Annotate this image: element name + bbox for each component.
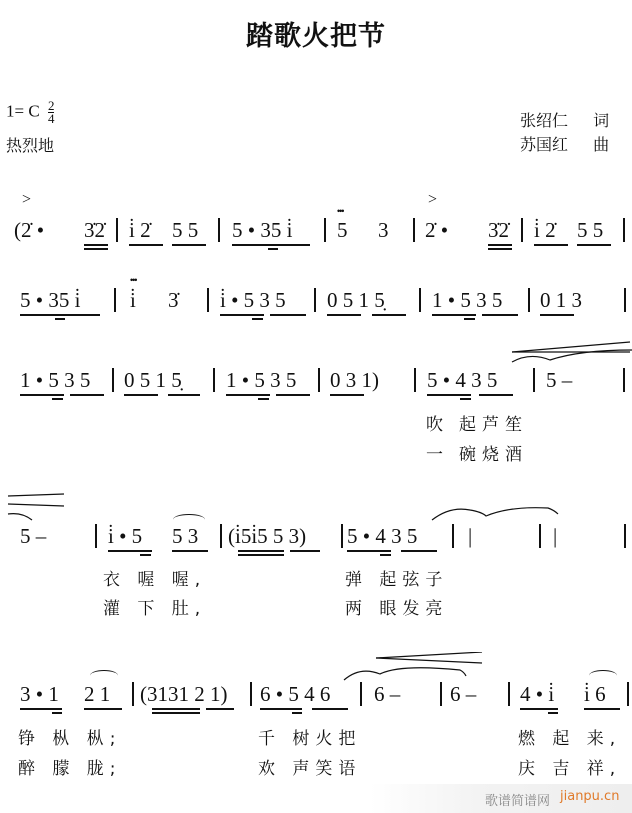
- lyric-verse1: 吹起芦笙: [426, 410, 528, 435]
- note-group: |: [468, 524, 472, 548]
- barline: [213, 368, 215, 392]
- lyric-verse1: 千 树火把: [258, 724, 361, 749]
- barline: [116, 218, 118, 242]
- note-group: 5 • 4 3 5: [347, 524, 417, 548]
- underline: [577, 244, 611, 246]
- lyric-verse2: 两 眼发亮: [345, 594, 448, 619]
- underline: [172, 244, 206, 246]
- watermark: 歌谱简谱网 jianpu.cn: [370, 784, 632, 813]
- composer-name: 苏国红: [520, 135, 568, 154]
- note-group: i̇ • 5 3 5: [220, 288, 286, 312]
- underline: [84, 248, 108, 250]
- score-line-2: 5 • 35 i̇ ••• i̇ 3̇ i̇ • 5 3 5 0 5 1 5̣ …: [0, 288, 632, 328]
- barline: [132, 682, 134, 706]
- barline: [314, 288, 316, 312]
- barline: [413, 218, 415, 242]
- accent-mark: >: [22, 191, 31, 209]
- barline: [414, 368, 416, 392]
- lyric-verse1: 衣 喔 喔,: [103, 565, 206, 590]
- note: i̇: [130, 288, 136, 312]
- note: 5: [337, 218, 348, 242]
- underline: [84, 708, 122, 710]
- barline: [360, 682, 362, 706]
- underline: [152, 712, 200, 714]
- barline: [341, 524, 343, 548]
- lyricist-name: 张绍仁: [520, 111, 568, 130]
- lyricist-credit: 张绍仁 词: [520, 108, 609, 131]
- note-group: 0 1 3: [540, 288, 582, 312]
- barline: [521, 218, 523, 242]
- score-line-5: 3 • 1 2 1 (3131 2 1) 6 • 5 4 6 6 – 6 – 4…: [0, 682, 632, 722]
- underline: [55, 318, 65, 320]
- note-group: (3131 2 1): [140, 682, 228, 706]
- underline: [124, 394, 158, 396]
- note-group: 5 • 35 i̇: [20, 288, 80, 312]
- underline: [276, 394, 310, 396]
- underline: [260, 708, 302, 710]
- note-group: 3 • 1: [20, 682, 59, 706]
- note-group: 5 • 35 i̇: [232, 218, 292, 242]
- underline: [540, 314, 574, 316]
- underline: [220, 314, 264, 316]
- lyricist-role: 词: [593, 111, 609, 130]
- score-line-1: > (2̇ • 3̇2̇ i̇ 2̇ 5 5 5 • 35 i̇ ••• 5 3…: [0, 218, 632, 258]
- underline: [20, 314, 100, 316]
- barline: [95, 524, 97, 548]
- underline: [226, 394, 270, 396]
- barline: [112, 368, 114, 392]
- barline: [250, 682, 252, 706]
- underline: [20, 394, 64, 396]
- note-group: 5 5: [577, 218, 603, 242]
- barline: [114, 288, 116, 312]
- underline: [238, 554, 284, 556]
- underline: [548, 712, 558, 714]
- slur: [589, 670, 617, 681]
- lyric-verse2: 灌 下 肚,: [103, 594, 206, 619]
- note-group: 5 3: [172, 524, 198, 548]
- underline: [432, 314, 476, 316]
- underline: [482, 314, 518, 316]
- barline: [324, 218, 326, 242]
- lyric-verse2: 醉 朦 胧;: [18, 754, 122, 779]
- note-group: 0 5 1 5̣: [124, 368, 182, 392]
- slur: [90, 670, 118, 681]
- underline: [84, 244, 108, 246]
- time-signature: 2 4: [48, 100, 55, 125]
- note-group: (i̇5i̇5 5 3): [228, 524, 306, 548]
- underline: [427, 394, 471, 396]
- key-label: 1= C: [6, 101, 40, 120]
- accent-mark: >: [428, 191, 437, 209]
- note-group: 0 5 1 5̣: [327, 288, 385, 312]
- underline: [292, 712, 302, 714]
- note-group: 1 • 5 3 5: [226, 368, 296, 392]
- underline: [401, 550, 437, 552]
- note-group: (2̇ •: [14, 218, 44, 242]
- composer-credit: 苏国红 曲: [520, 132, 609, 155]
- note-group: 5 –: [546, 368, 572, 392]
- note-group: 6 • 5 4 6: [260, 682, 330, 706]
- underline: [290, 550, 320, 552]
- underline: [270, 314, 306, 316]
- barline: [533, 368, 535, 392]
- note-group: 4 • i̇: [520, 682, 554, 706]
- note-group: 5 • 4 3 5: [427, 368, 497, 392]
- note-group: i̇ 2̇: [129, 218, 151, 242]
- underline: [312, 708, 348, 710]
- watermark-url[interactable]: jianpu.cn: [560, 789, 619, 804]
- underline: [129, 244, 163, 246]
- underline: [488, 248, 512, 250]
- note-group: 6 –: [374, 682, 400, 706]
- tempo-marking: 热烈地: [6, 133, 54, 156]
- lyric-verse1: 弹 起弦子: [345, 565, 448, 590]
- barline: [623, 218, 625, 242]
- barline: [508, 682, 510, 706]
- underline: [168, 394, 200, 396]
- underline: [268, 248, 278, 250]
- note-group: 2̇ •: [425, 218, 448, 242]
- underline: [52, 712, 62, 714]
- underline: [140, 554, 151, 556]
- lyric-verse2: 庆 吉 祥,: [518, 754, 621, 779]
- underline: [206, 708, 234, 710]
- note-group: i̇ 6: [584, 682, 606, 706]
- underline: [347, 550, 391, 552]
- score-line-3: 1 • 5 3 5 0 5 1 5̣ 1 • 5 3 5 0 3 1) 5 • …: [0, 368, 632, 408]
- underline: [584, 708, 620, 710]
- composer-role: 曲: [593, 135, 609, 154]
- underline: [488, 244, 512, 246]
- underline: [152, 708, 200, 710]
- barline: [218, 218, 220, 242]
- note-group: 1 • 5 3 5: [20, 368, 90, 392]
- underline: [108, 550, 152, 552]
- barline: [528, 288, 530, 312]
- crescendo-hairpin: [340, 652, 500, 682]
- underline: [20, 708, 62, 710]
- barline: [539, 524, 541, 548]
- tie: [430, 502, 560, 522]
- underline: [534, 244, 568, 246]
- note-group: 0 3 1): [330, 368, 379, 392]
- note-group: 5 5: [172, 218, 198, 242]
- underline: [238, 550, 284, 552]
- score-line-4: 5 – i̇ • 5 5 3 (i̇5i̇5 5 3) 5 • 4 3 5 | …: [0, 524, 632, 564]
- trill-mark: •••: [337, 206, 343, 216]
- note-group: 3̇2̇: [488, 218, 509, 242]
- crescendo-hairpin: [510, 340, 632, 370]
- underline: [330, 394, 364, 396]
- score-title: 踏歌火把节: [0, 14, 632, 53]
- barline: [207, 288, 209, 312]
- note-group: 5 –: [20, 524, 46, 548]
- note-group: 2 1: [84, 682, 110, 706]
- underline: [372, 314, 406, 316]
- lyric-verse2: 一碗烧酒: [426, 440, 528, 465]
- lyric-verse1: 铮 枞 枞;: [18, 724, 122, 749]
- note-group: i̇ • 5: [108, 524, 142, 548]
- underline: [172, 550, 208, 552]
- note: 3̇: [168, 288, 179, 312]
- barline: [419, 288, 421, 312]
- underline: [460, 398, 471, 400]
- note-group: i̇ 2̇: [534, 218, 556, 242]
- barline: [220, 524, 222, 548]
- barline: [623, 368, 625, 392]
- note-group: 6 –: [450, 682, 476, 706]
- underline: [52, 398, 63, 400]
- key-signature: 1= C 2 4: [6, 100, 54, 125]
- underline: [380, 554, 391, 556]
- underline: [258, 398, 269, 400]
- note-group: 3̇2̇: [84, 218, 105, 242]
- lyric-verse1: 燃 起 来,: [518, 724, 621, 749]
- underline: [70, 394, 104, 396]
- note-group: |: [553, 524, 557, 548]
- barline: [624, 288, 626, 312]
- watermark-site-name: 歌谱简谱网: [485, 790, 550, 809]
- barline: [452, 524, 454, 548]
- underline: [252, 318, 263, 320]
- lyric-verse2: 欢 声笑语: [258, 754, 361, 779]
- underline: [327, 314, 361, 316]
- note: 3: [378, 218, 389, 242]
- barline: [627, 682, 629, 706]
- trill-mark: •••: [130, 275, 136, 285]
- underline: [464, 318, 475, 320]
- barline: [318, 368, 320, 392]
- underline: [520, 708, 558, 710]
- underline: [479, 394, 513, 396]
- barline: [624, 524, 626, 548]
- note-group: 1 • 5 3 5: [432, 288, 502, 312]
- underline: [232, 244, 310, 246]
- crescendo-continuation: [6, 492, 66, 524]
- barline: [440, 682, 442, 706]
